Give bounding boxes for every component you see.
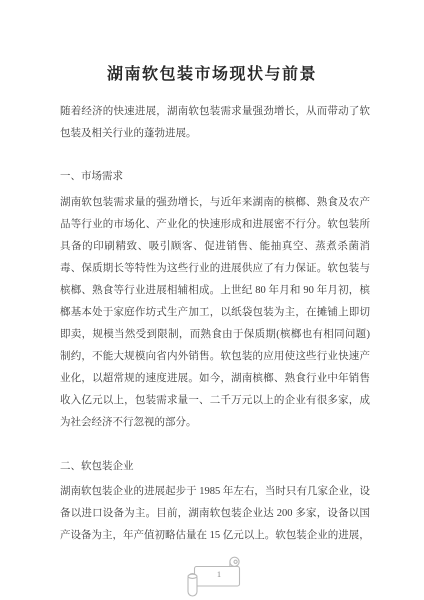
section-body-market-demand: 湖南软包装需求量的强劲增长，与近年来湖南的槟榔、熟食及农产品等行业的市场化、产业… [60, 192, 370, 434]
doc-body: 随着经济的快速进展，湖南软包装需求量强劲增长，从而带动了软包装及相关行业的蓬勃进… [60, 101, 370, 547]
section-body-soft-packaging-enterprises: 湖南软包装企业的进展起步于 1985 年左右，当时只有几家企业，设备以进口设备为… [60, 481, 370, 547]
page-number: 1 [196, 568, 242, 580]
section-heading-soft-packaging-enterprises: 二、软包装企业 [60, 456, 370, 478]
doc-title: 湖南软包装市场现状与前景 [0, 61, 424, 84]
intro-paragraph: 随着经济的快速进展，湖南软包装需求量强劲增长，从而带动了软包装及相关行业的蓬勃进… [60, 101, 370, 145]
section-heading-market-demand: 一、市场需求 [60, 166, 370, 188]
document-page: 湖南软包装市场现状与前景 随着经济的快速进展，湖南软包装需求量强劲增长，从而带动… [0, 0, 424, 600]
